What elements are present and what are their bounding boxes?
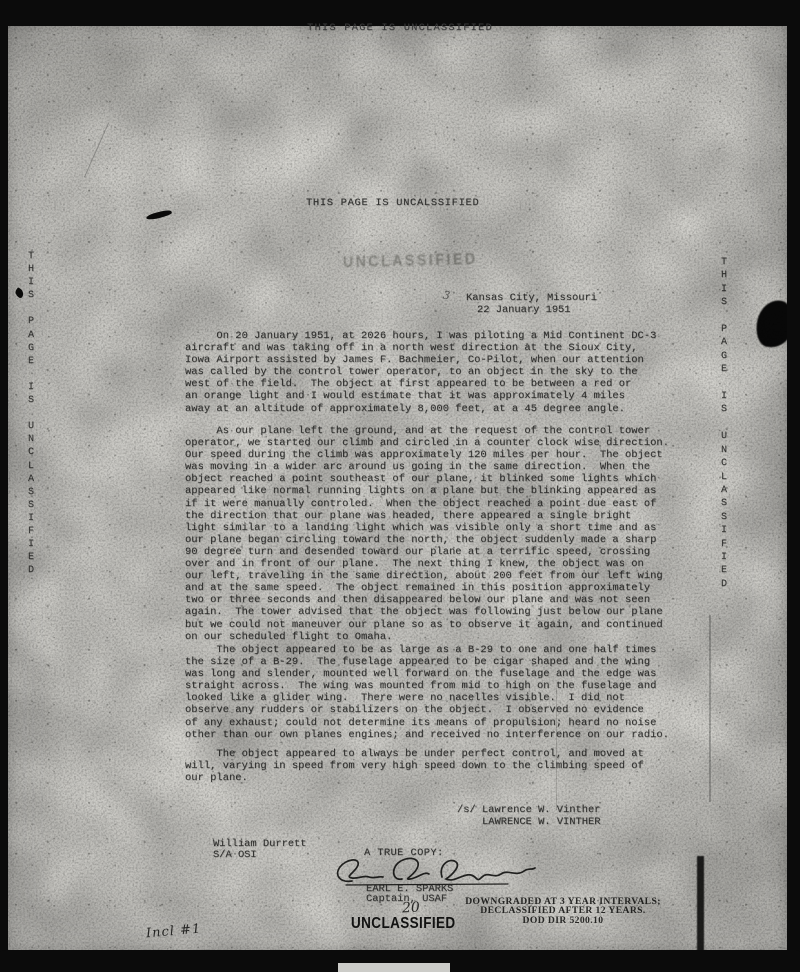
- scan-bottom-tab: [338, 963, 450, 972]
- body-paragraph-2: As our plane left the ground, and at the…: [185, 425, 669, 643]
- dateline-place: Kansas City, Missouri: [466, 292, 597, 304]
- body-paragraph-3: The object appeared to be as large as a …: [185, 644, 669, 741]
- witness-title: S/A OSI: [213, 849, 257, 861]
- body-paragraph-4: The object appeared to always be under p…: [185, 748, 644, 784]
- signature-signed-line: /s/ Lawrence W. Vinther: [457, 804, 600, 816]
- unclassified-stamp-bold: UNCLASSIFIED: [351, 914, 456, 932]
- declassification-notice: DOWNGRADED AT 3 YEAR INTERVALS; DECLASSI…: [452, 897, 674, 925]
- body-paragraph-1: On 20 January 1951, at 2026 hours, I was…: [185, 330, 656, 415]
- unclassified-stamp-faded: UNCLASSIFIED: [343, 249, 478, 270]
- handwritten-signature-icon: [330, 853, 540, 893]
- scratch-line: [697, 856, 704, 952]
- scanned-document: THIS PAGE IS UNCLASSIFIED THIS PAGE IS U…: [0, 0, 800, 972]
- page-classification-banner: THIS PAGE IS UNCLASSIFIED: [0, 22, 800, 34]
- scan-border-left: [0, 24, 8, 972]
- scan-border-right: [787, 24, 800, 972]
- right-margin-classification: T H I S P A G E I S U N C L A S S I F I …: [721, 256, 730, 591]
- scratch-line: [709, 615, 711, 802]
- page-header-classification: THIS PAGE IS UNCALSSIFIED: [306, 197, 479, 209]
- dateline-date: 22 January 1951: [477, 304, 571, 316]
- signature-typed-name: LAWRENCE W. VINTHER: [482, 816, 600, 828]
- left-margin-classification: T H I S P A G E I S U N C L A S S I F I …: [28, 250, 37, 577]
- declassification-line-3: DOD DIR 5200.10: [452, 916, 674, 925]
